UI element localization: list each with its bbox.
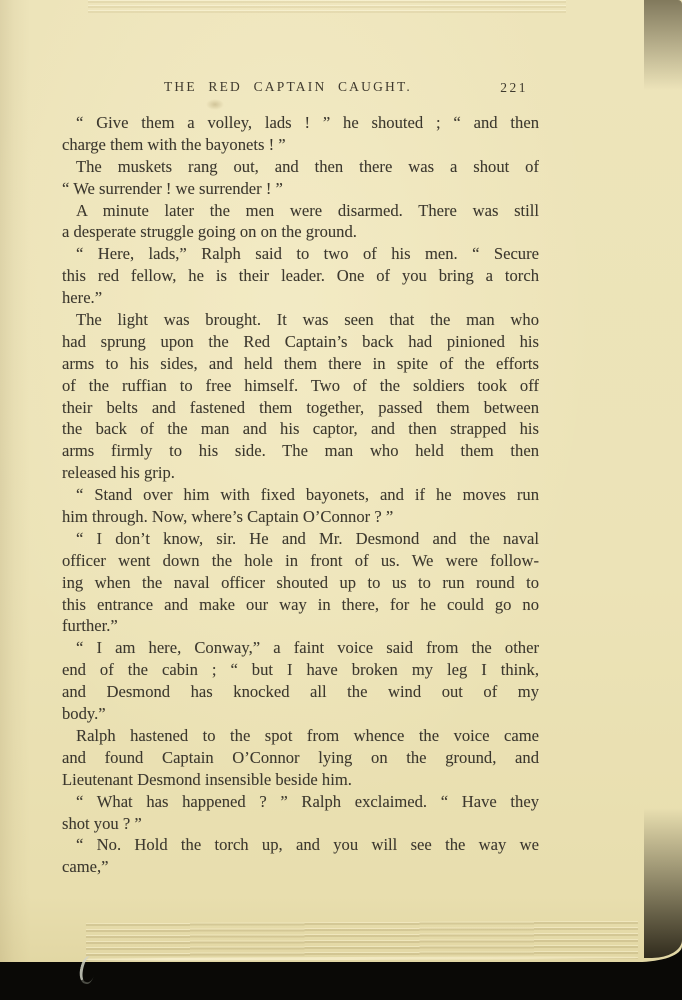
text-line: shot you ? ”: [62, 813, 539, 835]
bottom-edge-highlight: [88, 956, 636, 961]
text-line: Ralph hastened to the spot from whence t…: [62, 725, 539, 747]
text-block: “ Give them a volley, lads ! ” he shoute…: [62, 112, 539, 878]
fore-edge-page-stack: [644, 0, 682, 952]
text-line: body.”: [62, 703, 539, 725]
text-line: arms firmly to his side. The man who hel…: [62, 440, 539, 462]
text-line: “ No. Hold the torch up, and you will se…: [62, 834, 539, 856]
text-line: here.”: [62, 287, 539, 309]
running-title: THE RED CAPTAIN CAUGHT.: [50, 79, 526, 95]
screenshot-root: { "page": { "header": { "title": "THE RE…: [0, 0, 682, 1000]
text-line: had sprung upon the Red Captain’s back h…: [62, 331, 539, 353]
book-page: THE RED CAPTAIN CAUGHT. 221 “ Give them …: [0, 0, 682, 962]
page-number: 221: [500, 80, 528, 96]
text-line: The muskets rang out, and then there was…: [62, 156, 539, 178]
text-line: “ Stand over him with fixed bayonets, an…: [62, 484, 539, 506]
text-line: the back of the man and his captor, and …: [62, 418, 539, 440]
top-page-edges: [88, 0, 566, 13]
text-line: further.”: [62, 615, 539, 637]
text-line: charge them with the bayonets ! ”: [62, 134, 539, 156]
text-line: of the ruffian to free himself. Two of t…: [62, 375, 539, 397]
text-line: The light was brought. It was seen that …: [62, 309, 539, 331]
page-header: THE RED CAPTAIN CAUGHT. 221: [62, 79, 538, 97]
text-line: Lieutenant Desmond insensible beside him…: [62, 769, 539, 791]
text-line: “ I am here, Conway,” a faint voice said…: [62, 637, 539, 659]
text-line: “ We surrender ! we surrender ! ”: [62, 178, 539, 200]
text-line: “ What has happened ? ” Ralph exclaimed.…: [62, 791, 539, 813]
text-line: and Desmond has knocked all the wind out…: [62, 681, 539, 703]
text-line: end of the cabin ; “ but I have broken m…: [62, 659, 539, 681]
text-line: A minute later the men were disarmed. Th…: [62, 200, 539, 222]
text-line: him through. Now, where’s Captain O’Conn…: [62, 506, 539, 528]
text-line: ing when the naval officer shouted up to…: [62, 572, 539, 594]
text-line: “ Here, lads,” Ralph said to two of his …: [62, 243, 539, 265]
text-line: and found Captain O’Connor lying on the …: [62, 747, 539, 769]
text-line: this entrance and make our way in there,…: [62, 594, 539, 616]
text-line: “ I don’t know, sir. He and Mr. Desmond …: [62, 528, 539, 550]
text-line: came,”: [62, 856, 539, 878]
text-line: arms to his sides, and held them there i…: [62, 353, 539, 375]
text-line: a desperate struggle going on on the gro…: [62, 221, 539, 243]
text-line: released his grip.: [62, 462, 539, 484]
text-line: officer went down the hole in front of u…: [62, 550, 539, 572]
text-line: this red fellow, he is their leader. One…: [62, 265, 539, 287]
bottom-page-edges: [86, 921, 638, 961]
text-line: “ Give them a volley, lads ! ” he shoute…: [62, 112, 539, 134]
text-line: their belts and fastened them together, …: [62, 397, 539, 419]
paper-smudge: [206, 99, 224, 110]
